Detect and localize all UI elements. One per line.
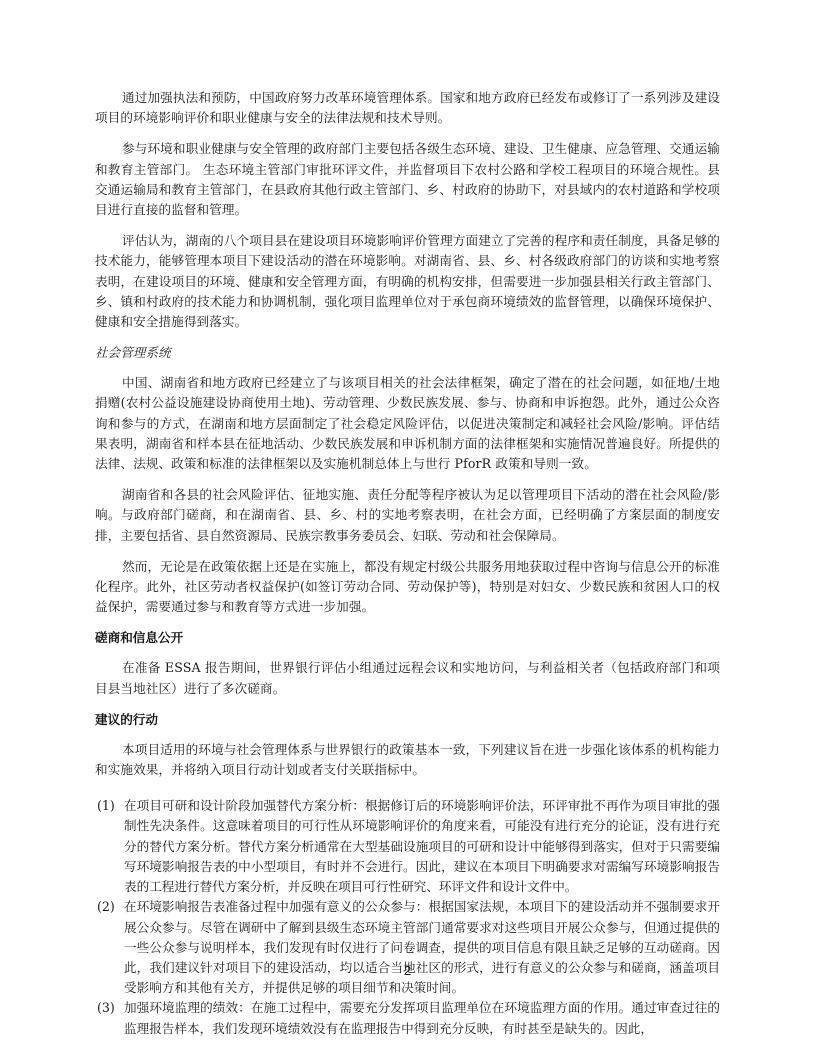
page-number: 2: [0, 963, 815, 978]
list-marker: (2): [97, 897, 115, 917]
document-page: 通过加强执法和预防，中国政府努力改革环境管理体系。国家和地方政府已经发布或修订了…: [95, 88, 720, 1039]
list-item-text: 在环境影响报告表准备过程中加强有意义的公众参与：根据国家法规，本项目下的建设活动…: [124, 899, 720, 995]
paragraph-consultation: 在准备 ESSA 报告期间，世界银行评估小组通过远程会议和实地访问，与利益相关者…: [95, 658, 720, 698]
paragraph-social-risk: 湖南省和各县的社会风险评估、征地实施、责任分配等程序被认为足以管理项目下活动的潜…: [95, 485, 720, 546]
list-item-text: 在项目可研和设计阶段加强替代方案分析：根据修订后的环境影响评价法，环评审批不再作…: [124, 798, 720, 894]
recommended-actions-list: (1) 在项目可研和设计阶段加强替代方案分析：根据修订后的环境影响评价法，环评审…: [95, 796, 720, 1038]
section-heading-recommended-actions: 建议的行动: [95, 710, 720, 730]
paragraph-env-agencies: 参与环境和职业健康与安全管理的政府部门主要包括各级生态环境、建设、卫生健康、应急…: [95, 139, 720, 220]
list-item: (1) 在项目可研和设计阶段加强替代方案分析：根据修订后的环境影响评价法，环评审…: [95, 796, 720, 897]
paragraph-env-legal-reform: 通过加强执法和预防，中国政府努力改革环境管理体系。国家和地方政府已经发布或修订了…: [95, 88, 720, 128]
paragraph-env-assessment: 评估认为，湖南的八个项目县在建设项目环境影响评价管理方面建立了完善的程序和责任制…: [95, 231, 720, 332]
list-marker: (1): [97, 796, 115, 816]
list-item: (3) 加强环境监理的绩效：在施工过程中，需要充分发挥项目监理单位在环境监理方面…: [95, 998, 720, 1038]
section-heading-consultation: 磋商和信息公开: [95, 628, 720, 648]
paragraph-social-framework: 中国、湖南省和地方政府已经建立了与该项目相关的社会法律框架，确定了潜在的社会问题…: [95, 373, 720, 474]
list-item-text: 加强环境监理的绩效：在施工过程中，需要充分发挥项目监理单位在环境监理方面的作用。…: [124, 1000, 720, 1035]
paragraph-social-gaps: 然而，无论是在政策依据上还是在实施上，都没有规定村级公共服务用地获取过程中咨询与…: [95, 557, 720, 618]
paragraph-actions-intro: 本项目适用的环境与社会管理体系与世界银行的政策基本一致，下列建议旨在进一步强化该…: [95, 740, 720, 780]
section-heading-social-management: 社会管理系统: [95, 343, 720, 363]
list-item: (2) 在环境影响报告表准备过程中加强有意义的公众参与：根据国家法规，本项目下的…: [95, 897, 720, 998]
list-marker: (3): [97, 998, 115, 1018]
